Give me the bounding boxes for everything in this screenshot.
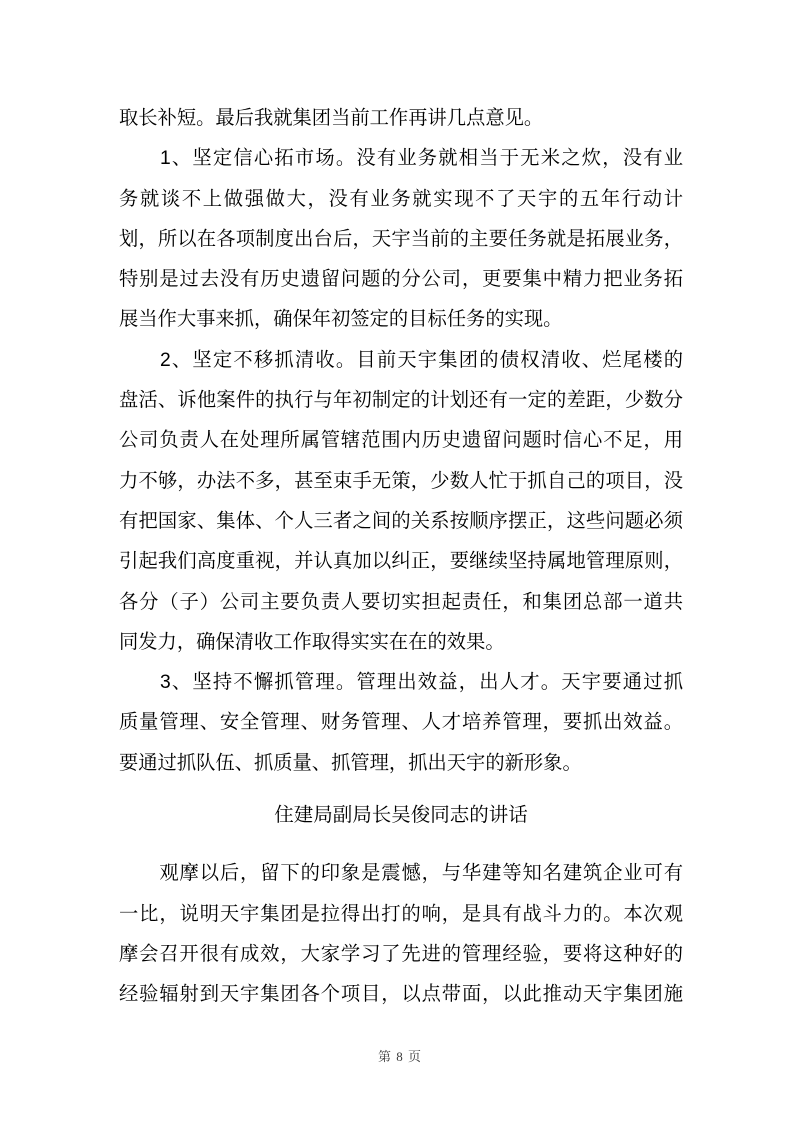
text-line: 特别是过去没有历史遗留问题的分公司，更要集中精力把业务拓 xyxy=(119,260,683,300)
text-line: 各分（子）公司主要负责人要切实担起责任，和集团总部一道共 xyxy=(119,583,683,623)
text-line: 一比，说明天宇集团是拉得出打的响，是具有战斗力的。本次观 xyxy=(119,895,683,935)
text-line: 力不够，办法不多，甚至束手无策，少数人忙于抓自己的项目，没 xyxy=(119,462,683,502)
page-footer: 第 8 页 xyxy=(0,1049,800,1065)
text-line: 展当作大事来抓，确保年初签定的目标任务的实现。 xyxy=(119,300,683,340)
text-line: 摩会召开很有成效，大家学习了先进的管理经验，要将这种好的 xyxy=(119,935,683,975)
document-page: 取长补短。最后我就集团当前工作再讲几点意见。 1、坚定信心拓市场。没有业务就相当… xyxy=(0,0,800,1131)
text-line: 要通过抓队伍、抓质量、抓管理，抓出天宇的新形象。 xyxy=(119,744,683,784)
text-line: 同发力，确保清收工作取得实实在在的效果。 xyxy=(119,623,683,663)
text-line: 取长补短。最后我就集团当前工作再讲几点意见。 xyxy=(119,99,683,139)
text-line: 观摩以后，留下的印象是震憾，与华建等知名建筑企业可有 xyxy=(119,854,683,894)
text-line: 1、坚定信心拓市场。没有业务就相当于无米之炊，没有业 xyxy=(119,139,683,179)
text-line: 划，所以在各项制度出台后，天宇当前的主要任务就是拓展业务， xyxy=(119,220,683,260)
text-line: 3、坚持不懈抓管理。管理出效益，出人才。天宇要通过抓 xyxy=(119,663,683,703)
document-body: 取长补短。最后我就集团当前工作再讲几点意见。 1、坚定信心拓市场。没有业务就相当… xyxy=(119,99,683,1016)
text-line: 务就谈不上做强做大，没有业务就实现不了天宇的五年行动计 xyxy=(119,180,683,220)
text-line: 公司负责人在处理所属管辖范围内历史遗留问题时信心不足，用 xyxy=(119,421,683,461)
text-line: 质量管理、安全管理、财务管理、人才培养管理，要抓出效益。 xyxy=(119,703,683,743)
text-line: 引起我们高度重视，并认真加以纠正，要继续坚持属地管理原则， xyxy=(119,542,683,582)
section-heading: 住建局副局长吴俊同志的讲话 xyxy=(119,795,683,835)
text-line: 盘活、诉他案件的执行与年初制定的计划还有一定的差距，少数分 xyxy=(119,381,683,421)
page-number-label: 第 8 页 xyxy=(378,1049,422,1064)
text-line: 有把国家、集体、个人三者之间的关系按顺序摆正，这些问题必须 xyxy=(119,502,683,542)
text-line: 经验辐射到天宇集团各个项目，以点带面，以此推动天宇集团施 xyxy=(119,975,683,1015)
text-line: 2、坚定不移抓清收。目前天宇集团的债权清收、烂尾楼的 xyxy=(119,341,683,381)
